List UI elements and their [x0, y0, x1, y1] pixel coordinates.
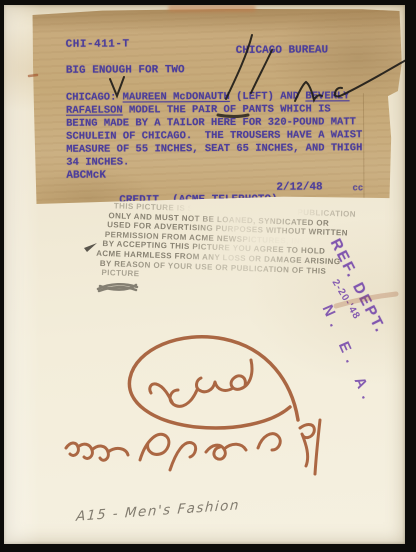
grease-circled-word: [150, 360, 252, 406]
caption-text: CHICAGO: MAUREEN McDONAUTH (LEFT) AND BE…: [66, 90, 363, 170]
caption-line: MEASURE OF 55 INCHES, SEAT 65 INCHES, AN…: [66, 142, 362, 157]
headline: BIG ENOUGH FOR TWO: [66, 64, 185, 77]
operator-initials: cc: [352, 183, 363, 193]
date: 2/12/48: [276, 181, 322, 193]
grease-script-line: [66, 420, 320, 474]
ink-margin-arrow: [84, 243, 97, 252]
ref-dept-stamp: REF. DEPT. 2-20-'48 N. E. A.: [342, 236, 405, 414]
writer-initials: ABCMcK: [66, 170, 106, 182]
faded-red-smudge: [168, 5, 256, 12]
label-crease: [363, 93, 365, 201]
photo-paper-back: CHI-411-T CHICAGO BUREAU BIG ENOUGH FOR …: [4, 5, 405, 544]
ink-scribble-over-picture: [98, 284, 137, 291]
pencil-category-note: A15 - Men's Fashion: [76, 497, 241, 525]
caption-line: 34 INCHES.: [66, 155, 362, 170]
bureau-name: CHICAGO BUREAU: [236, 44, 328, 56]
photo-id: CHI-411-T: [66, 38, 130, 50]
photo-scan: CHI-411-T CHICAGO BUREAU BIG ENOUGH FOR …: [0, 0, 416, 552]
grease-circle: [129, 337, 298, 428]
caption-label: CHI-411-T CHICAGO BUREAU BIG ENOUGH FOR …: [32, 8, 403, 206]
credit-row: CREDIT (ACME TELEPHOTO) 2/12/48 cc: [66, 181, 386, 197]
